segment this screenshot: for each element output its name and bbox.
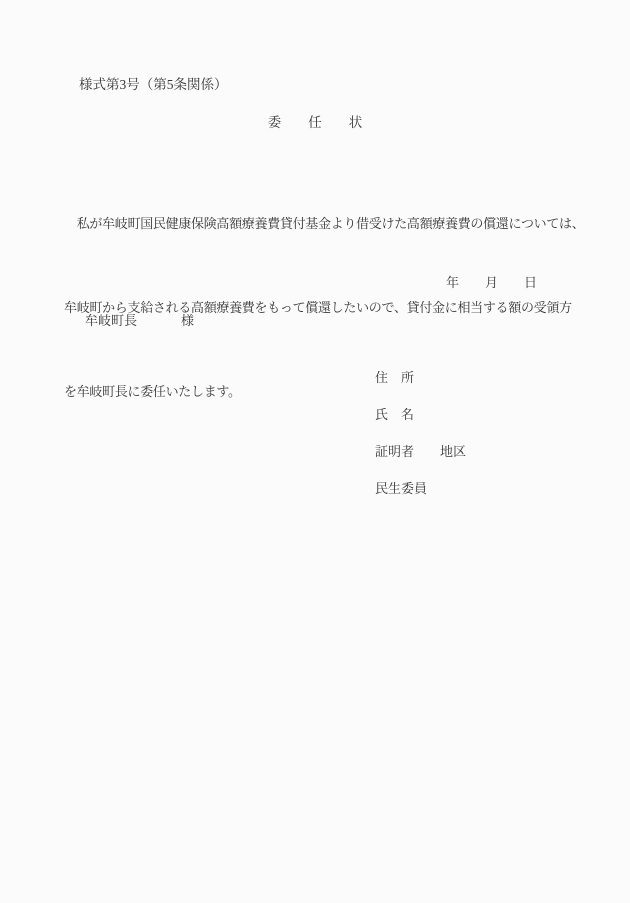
- signature-field-certifier: 証明者 地区: [375, 445, 466, 458]
- form-number-label: 様式第3号（第5条関係）: [79, 77, 228, 92]
- signature-field-welfare-officer: 民生委員: [375, 482, 466, 495]
- date-line: 年 月 日: [446, 276, 537, 290]
- signature-field-name: 氏 名: [375, 408, 466, 421]
- addressee-line: 牟岐町長 様: [85, 314, 194, 328]
- body-paragraph: 私が牟岐町国民健康保険高額療養費貸付基金より借受けた高額療養費の償還については、…: [64, 154, 576, 462]
- signature-field-address: 住 所: [375, 371, 466, 384]
- body-line-3: を牟岐町長に委任いたします。: [64, 378, 576, 406]
- addressee-honorific: 様: [181, 314, 194, 328]
- document-page: 様式第3号（第5条関係） 委 任 状 私が牟岐町国民健康保険高額療養費貸付基金よ…: [0, 0, 630, 903]
- signature-block: 住 所 氏 名 証明者 地区 民生委員: [375, 371, 466, 495]
- body-line-1: 私が牟岐町国民健康保険高額療養費貸付基金より借受けた高額療養費の償還については、: [64, 210, 576, 238]
- document-title: 委 任 状: [0, 115, 630, 131]
- addressee-name: 牟岐町長: [85, 314, 137, 328]
